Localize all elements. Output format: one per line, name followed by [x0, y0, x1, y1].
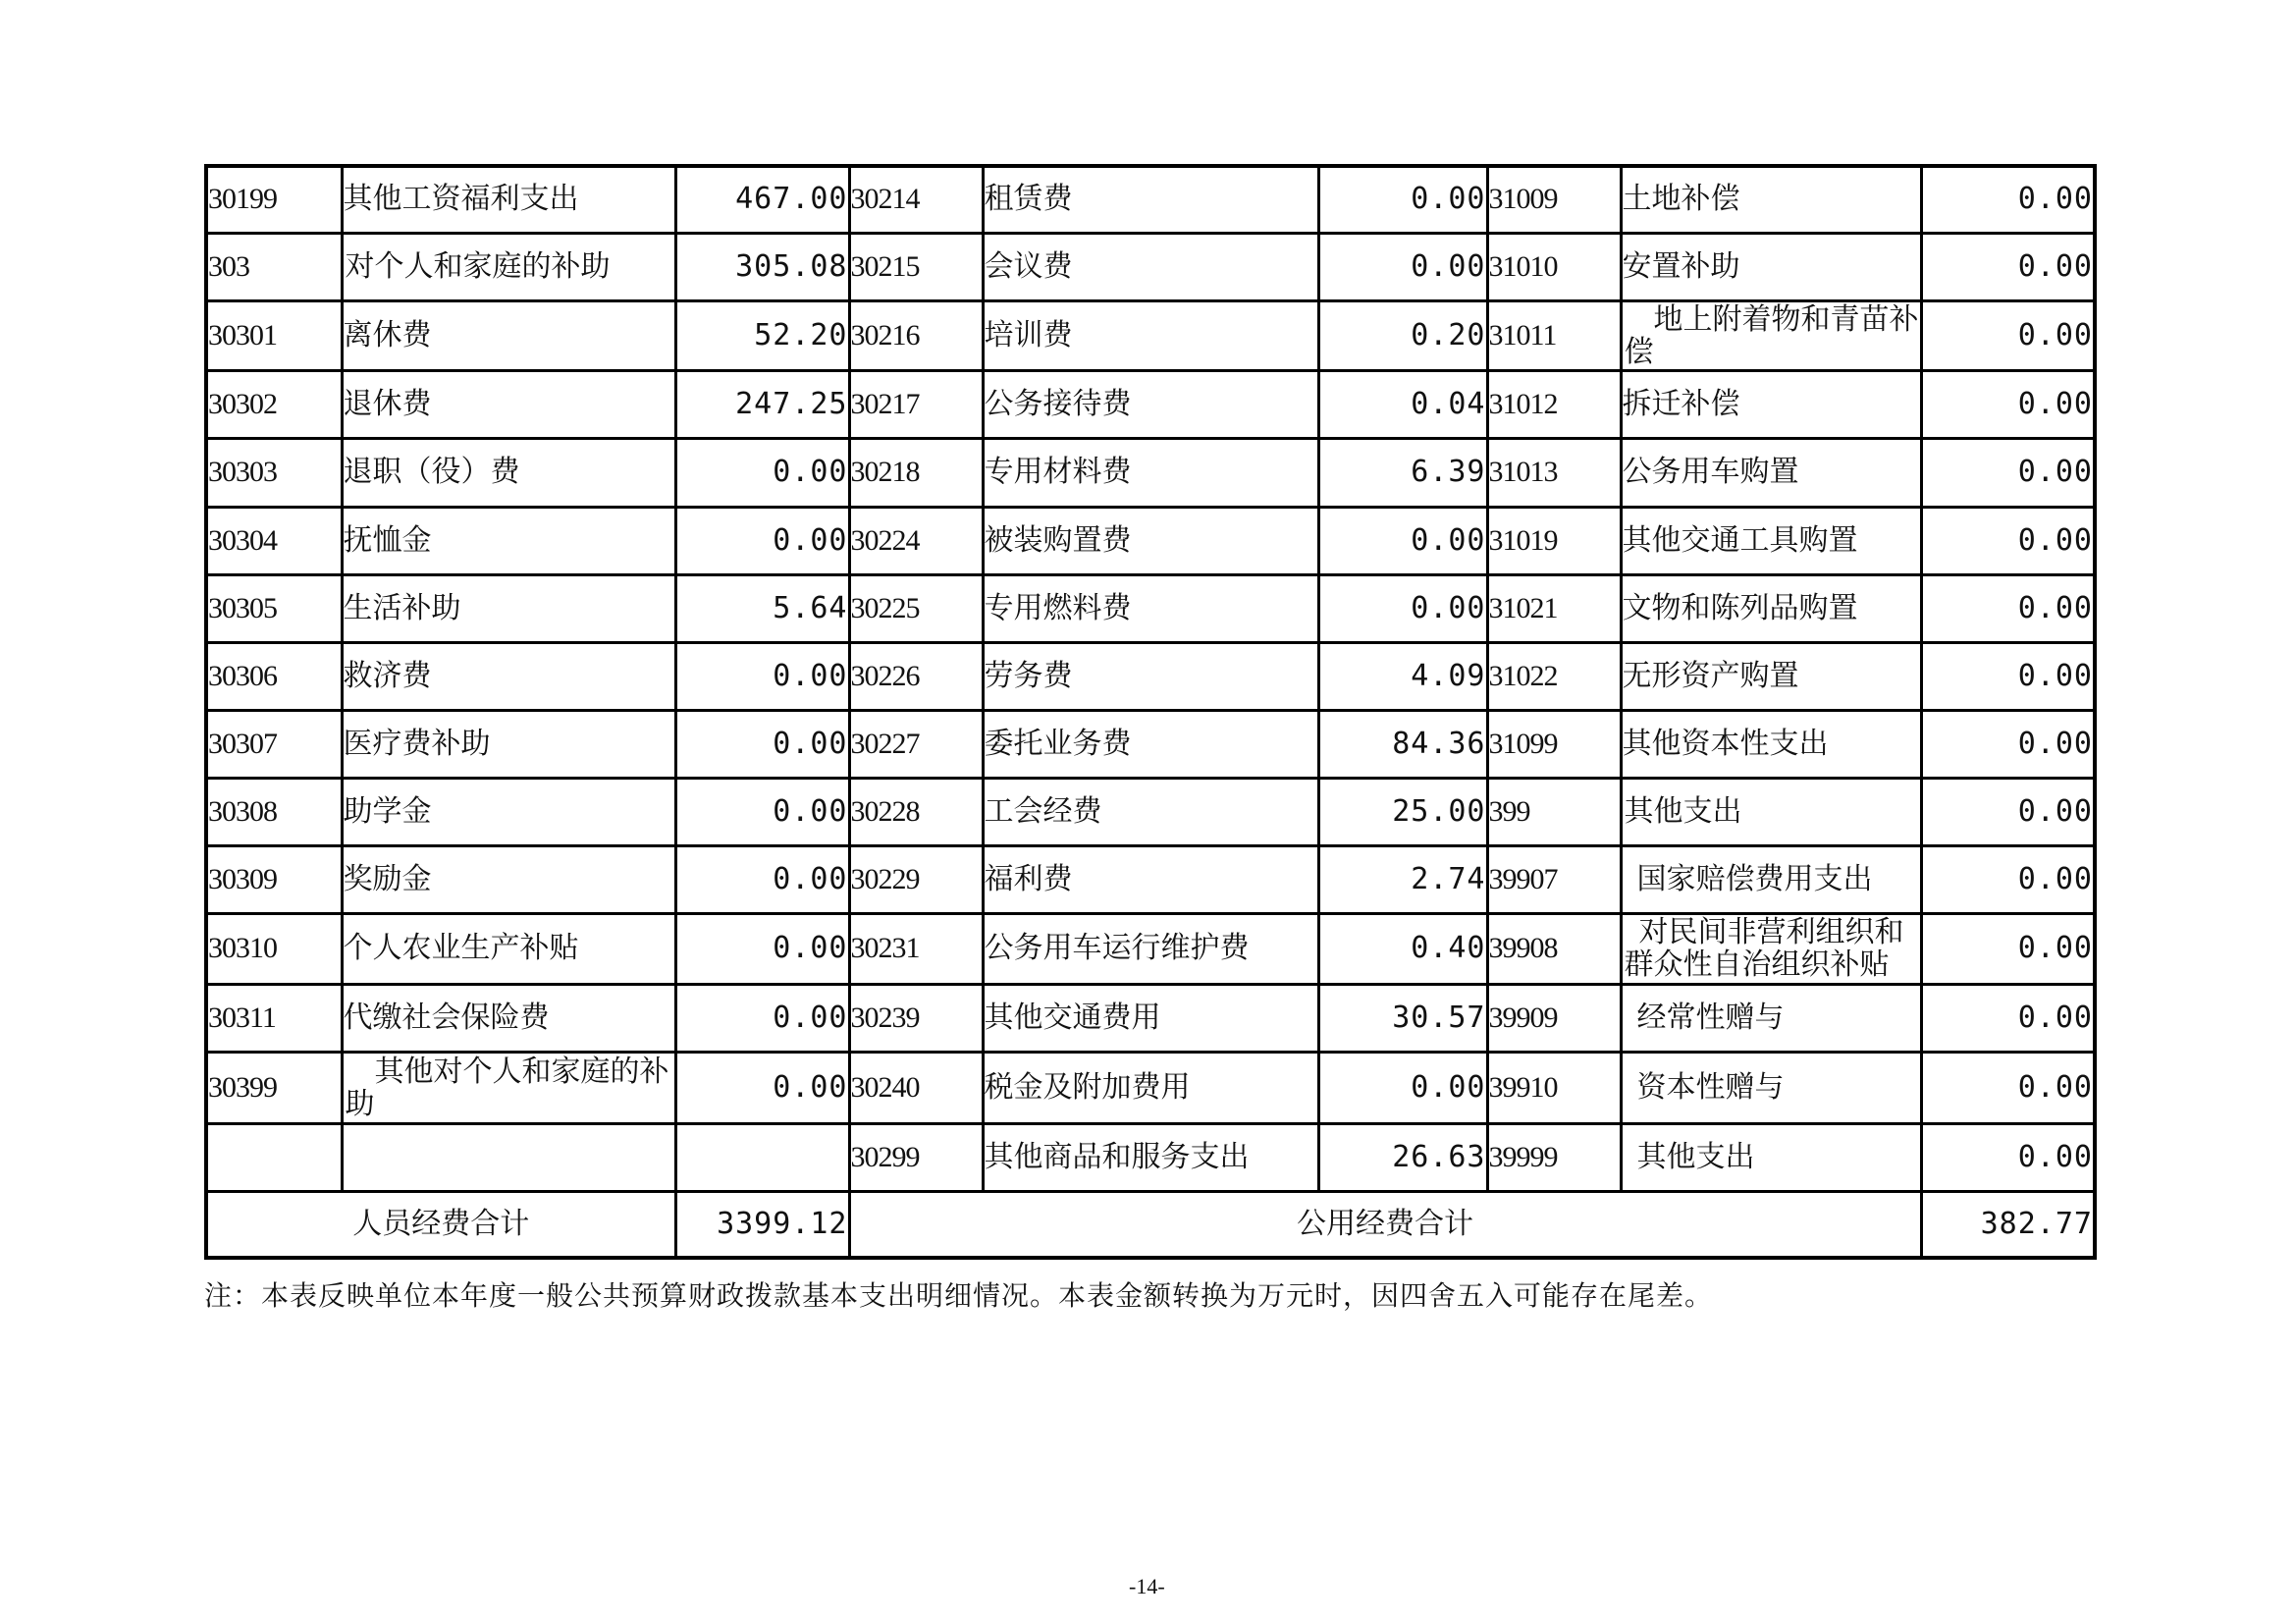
- amount-cell: 0.00: [1921, 507, 2095, 574]
- code-cell: 30302: [206, 370, 342, 438]
- item-cell: 其他支出: [1621, 1123, 1921, 1191]
- item-cell: 劳务费: [983, 642, 1318, 710]
- item-cell: 安置补助: [1621, 233, 1921, 300]
- table-row: 30309 奖励金 0.00 30229 福利费 2.74 39907 国家赔偿…: [206, 845, 2095, 913]
- code-cell: 30301: [206, 300, 342, 370]
- item-cell: 会议费: [983, 233, 1318, 300]
- amount-cell: 6.39: [1318, 438, 1487, 507]
- amount-cell: 467.00: [675, 166, 849, 233]
- code-cell: 30229: [849, 845, 983, 913]
- item-cell: 其他商品和服务支出: [983, 1123, 1318, 1191]
- amount-cell: 0.00: [1921, 984, 2095, 1052]
- item-cell: 被装购置费: [983, 507, 1318, 574]
- item-cell: 税金及附加费用: [983, 1052, 1318, 1123]
- amount-cell: 0.04: [1318, 370, 1487, 438]
- amount-cell: 26.63: [1318, 1123, 1487, 1191]
- code-cell: 30231: [849, 913, 983, 984]
- table-row: 30399 其他对个人和家庭的补助 0.00 30240 税金及附加费用 0.0…: [206, 1052, 2095, 1123]
- personnel-total-value: 3399.12: [675, 1191, 849, 1258]
- item-cell: 土地补偿: [1621, 166, 1921, 233]
- amount-cell: 0.00: [1318, 166, 1487, 233]
- item-cell: 其他交通工具购置: [1621, 507, 1921, 574]
- item-cell: 生活补助: [342, 574, 675, 642]
- code-cell: 30399: [206, 1052, 342, 1123]
- item-cell: 公务用车购置: [1621, 438, 1921, 507]
- amount-cell: 0.40: [1318, 913, 1487, 984]
- code-cell: 30214: [849, 166, 983, 233]
- item-cell: 退休费: [342, 370, 675, 438]
- code-cell: 30305: [206, 574, 342, 642]
- amount-cell: 0.00: [1318, 233, 1487, 300]
- code-cell: 30299: [849, 1123, 983, 1191]
- table-body: 30199 其他工资福利支出 467.00 30214 租赁费 0.00 310…: [206, 166, 2095, 1258]
- code-cell: 303: [206, 233, 342, 300]
- amount-cell: 0.00: [1921, 574, 2095, 642]
- code-cell: 31011: [1487, 300, 1621, 370]
- item-cell: [342, 1123, 675, 1191]
- code-cell: 31099: [1487, 710, 1621, 778]
- amount-cell: 0.00: [675, 438, 849, 507]
- item-cell: 专用材料费: [983, 438, 1318, 507]
- item-cell: 租赁费: [983, 166, 1318, 233]
- amount-cell: 2.74: [1318, 845, 1487, 913]
- code-cell: 30217: [849, 370, 983, 438]
- amount-cell: 0.00: [1921, 233, 2095, 300]
- amount-cell: 0.00: [675, 778, 849, 845]
- code-cell: 30227: [849, 710, 983, 778]
- public-total-label: 公用经费合计: [849, 1191, 1921, 1258]
- item-cell: 拆迁补偿: [1621, 370, 1921, 438]
- amount-cell: 4.09: [1318, 642, 1487, 710]
- amount-cell: 30.57: [1318, 984, 1487, 1052]
- item-cell: 其他对个人和家庭的补助: [342, 1052, 675, 1123]
- amount-cell: 0.00: [1921, 166, 2095, 233]
- table-row: 30307 医疗费补助 0.00 30227 委托业务费 84.36 31099…: [206, 710, 2095, 778]
- item-cell: 专用燃料费: [983, 574, 1318, 642]
- amount-cell: 0.00: [1921, 913, 2095, 984]
- item-cell: 资本性赠与: [1621, 1052, 1921, 1123]
- amount-cell: 0.00: [1921, 642, 2095, 710]
- item-cell: 救济费: [342, 642, 675, 710]
- code-cell: 30224: [849, 507, 983, 574]
- code-cell: 31009: [1487, 166, 1621, 233]
- code-cell: 30240: [849, 1052, 983, 1123]
- amount-cell: 0.00: [1921, 300, 2095, 370]
- item-cell: 对民间非营利组织和群众性自治组织补贴: [1621, 913, 1921, 984]
- amount-cell: 0.00: [1921, 710, 2095, 778]
- item-cell: 退职（役）费: [342, 438, 675, 507]
- amount-cell: 52.20: [675, 300, 849, 370]
- item-cell: 离休费: [342, 300, 675, 370]
- amount-cell: 0.00: [1318, 507, 1487, 574]
- amount-cell: 0.00: [675, 642, 849, 710]
- code-cell: 30307: [206, 710, 342, 778]
- item-cell: 无形资产购置: [1621, 642, 1921, 710]
- page-number: -14-: [1129, 1574, 1165, 1599]
- code-cell: 39909: [1487, 984, 1621, 1052]
- item-cell: 公务用车运行维护费: [983, 913, 1318, 984]
- item-cell: 对个人和家庭的补助: [342, 233, 675, 300]
- table-row: 30308 助学金 0.00 30228 工会经费 25.00 399 其他支出…: [206, 778, 2095, 845]
- amount-cell: 0.00: [675, 710, 849, 778]
- code-cell: 39908: [1487, 913, 1621, 984]
- item-cell: 地上附着物和青苗补偿: [1621, 300, 1921, 370]
- item-cell: 奖励金: [342, 845, 675, 913]
- item-cell: 其他支出: [1621, 778, 1921, 845]
- item-cell: 公务接待费: [983, 370, 1318, 438]
- item-cell: 工会经费: [983, 778, 1318, 845]
- amount-cell: 0.20: [1318, 300, 1487, 370]
- amount-cell: 0.00: [675, 984, 849, 1052]
- item-cell: 培训费: [983, 300, 1318, 370]
- amount-cell: 305.08: [675, 233, 849, 300]
- table-row: 30306 救济费 0.00 30226 劳务费 4.09 31022 无形资产…: [206, 642, 2095, 710]
- amount-cell: 0.00: [1921, 845, 2095, 913]
- item-cell: 个人农业生产补贴: [342, 913, 675, 984]
- code-cell: 39999: [1487, 1123, 1621, 1191]
- code-cell: 30215: [849, 233, 983, 300]
- code-cell: 31013: [1487, 438, 1621, 507]
- personnel-total-label: 人员经费合计: [206, 1191, 675, 1258]
- amount-cell: 247.25: [675, 370, 849, 438]
- item-cell: 文物和陈列品购置: [1621, 574, 1921, 642]
- table-row: 303 对个人和家庭的补助 305.08 30215 会议费 0.00 3101…: [206, 233, 2095, 300]
- amount-cell: 0.00: [675, 913, 849, 984]
- footnote: 注：本表反映单位本年度一般公共预算财政拨款基本支出明细情况。本表金额转换为万元时…: [204, 1274, 1713, 1314]
- item-cell: 代缴社会保险费: [342, 984, 675, 1052]
- code-cell: 39910: [1487, 1052, 1621, 1123]
- amount-cell: [675, 1123, 849, 1191]
- amount-cell: 0.00: [675, 845, 849, 913]
- code-cell: 30311: [206, 984, 342, 1052]
- amount-cell: 0.00: [1921, 438, 2095, 507]
- table-row: 30199 其他工资福利支出 467.00 30214 租赁费 0.00 310…: [206, 166, 2095, 233]
- table-row: 30302 退休费 247.25 30217 公务接待费 0.04 31012 …: [206, 370, 2095, 438]
- code-cell: 31012: [1487, 370, 1621, 438]
- code-cell: 31010: [1487, 233, 1621, 300]
- amount-cell: 0.00: [1318, 1052, 1487, 1123]
- table-row: 30305 生活补助 5.64 30225 专用燃料费 0.00 31021 文…: [206, 574, 2095, 642]
- item-cell: 抚恤金: [342, 507, 675, 574]
- item-cell: 助学金: [342, 778, 675, 845]
- code-cell: 31022: [1487, 642, 1621, 710]
- amount-cell: 0.00: [1921, 1052, 2095, 1123]
- item-cell: 福利费: [983, 845, 1318, 913]
- public-total-value: 382.77: [1921, 1191, 2095, 1258]
- code-cell: 39907: [1487, 845, 1621, 913]
- table-row: 30301 离休费 52.20 30216 培训费 0.20 31011 地上附…: [206, 300, 2095, 370]
- table-row: 30304 抚恤金 0.00 30224 被装购置费 0.00 31019 其他…: [206, 507, 2095, 574]
- amount-cell: 0.00: [675, 507, 849, 574]
- amount-cell: 84.36: [1318, 710, 1487, 778]
- code-cell: 30228: [849, 778, 983, 845]
- code-cell: 30310: [206, 913, 342, 984]
- code-cell: 30218: [849, 438, 983, 507]
- item-cell: 委托业务费: [983, 710, 1318, 778]
- amount-cell: 0.00: [1318, 574, 1487, 642]
- code-cell: 30306: [206, 642, 342, 710]
- item-cell: 经常性赠与: [1621, 984, 1921, 1052]
- code-cell: 31021: [1487, 574, 1621, 642]
- item-cell: 医疗费补助: [342, 710, 675, 778]
- code-cell: 30216: [849, 300, 983, 370]
- amount-cell: 0.00: [1921, 1123, 2095, 1191]
- totals-row: 人员经费合计 3399.12 公用经费合计 382.77: [206, 1191, 2095, 1258]
- amount-cell: 0.00: [1921, 370, 2095, 438]
- code-cell: 30309: [206, 845, 342, 913]
- item-cell: 其他资本性支出: [1621, 710, 1921, 778]
- amount-cell: 25.00: [1318, 778, 1487, 845]
- table-row: 30311 代缴社会保险费 0.00 30239 其他交通费用 30.57 39…: [206, 984, 2095, 1052]
- code-cell: 30199: [206, 166, 342, 233]
- code-cell: 30239: [849, 984, 983, 1052]
- amount-cell: 5.64: [675, 574, 849, 642]
- amount-cell: 0.00: [1921, 778, 2095, 845]
- table-row: 30303 退职（役）费 0.00 30218 专用材料费 6.39 31013…: [206, 438, 2095, 507]
- item-cell: 其他交通费用: [983, 984, 1318, 1052]
- item-cell: 国家赔偿费用支出: [1621, 845, 1921, 913]
- code-cell: 399: [1487, 778, 1621, 845]
- code-cell: 30226: [849, 642, 983, 710]
- code-cell: 30303: [206, 438, 342, 507]
- table-row: 30310 个人农业生产补贴 0.00 30231 公务用车运行维护费 0.40…: [206, 913, 2095, 984]
- code-cell: [206, 1123, 342, 1191]
- code-cell: 30225: [849, 574, 983, 642]
- table-row: 30299 其他商品和服务支出 26.63 39999 其他支出 0.00: [206, 1123, 2095, 1191]
- code-cell: 31019: [1487, 507, 1621, 574]
- amount-cell: 0.00: [675, 1052, 849, 1123]
- basic-expenditure-table: 30199 其他工资福利支出 467.00 30214 租赁费 0.00 310…: [204, 164, 2097, 1260]
- code-cell: 30308: [206, 778, 342, 845]
- item-cell: 其他工资福利支出: [342, 166, 675, 233]
- code-cell: 30304: [206, 507, 342, 574]
